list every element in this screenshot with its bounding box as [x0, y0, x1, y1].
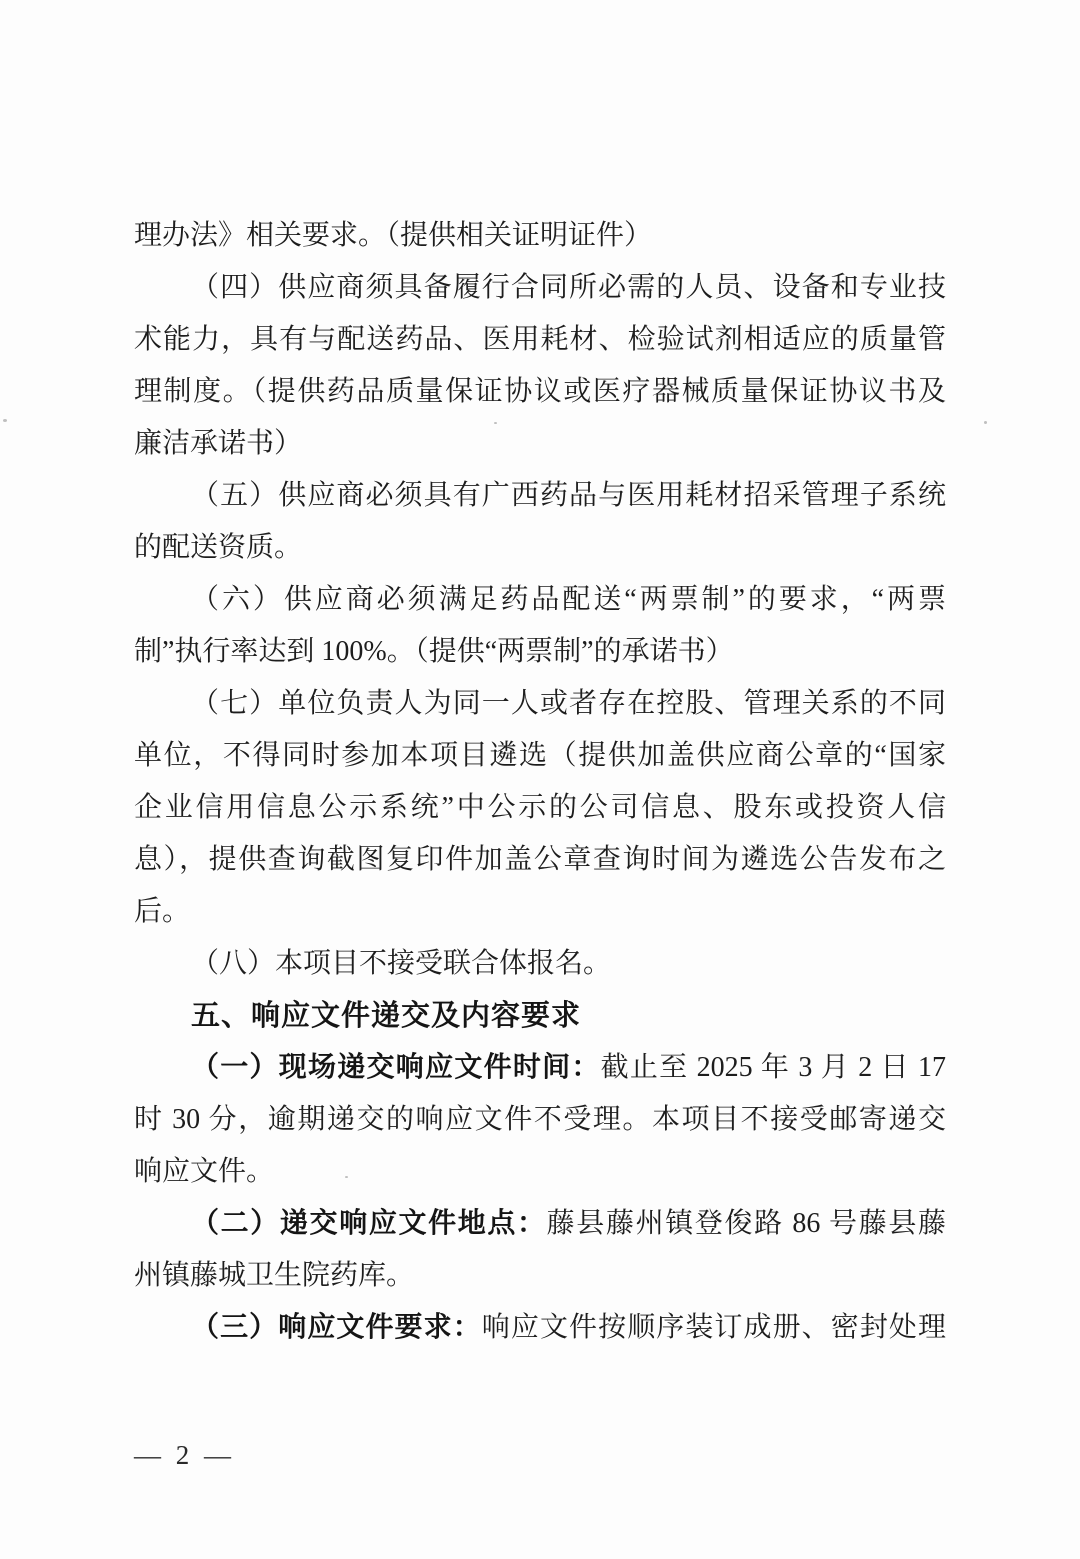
doc-line-text: （八）本项目不接受联合体报名。	[191, 948, 611, 979]
doc-line: 制”执行率达到 100%。（提供“两票制”的承诺书）	[134, 626, 946, 678]
doc-line: （四）供应商须具备履行合同所必需的人员、设备和专业技	[134, 262, 946, 314]
section-heading-line: 五、响应文件递交及内容要求	[134, 990, 946, 1042]
doc-line: （七）单位负责人为同一人或者存在控股、管理关系的不同	[134, 678, 946, 730]
doc-line: （五）供应商必须具有广西药品与医用耗材招采管理子系统	[134, 470, 946, 522]
scan-speck	[3, 419, 7, 422]
doc-line-text: 息），提供查询截图复印件加盖公章查询时间为遴选公告发布之	[134, 844, 946, 875]
doc-line: （二）递交响应文件地点：藤县藤州镇登俊路 86 号藤县藤	[134, 1198, 946, 1250]
scan-speck	[494, 422, 497, 424]
doc-line-text: 后。	[134, 896, 190, 927]
doc-line: （六）供应商必须满足药品配送“两票制”的要求，“两票	[134, 574, 946, 626]
scan-speck	[345, 1176, 348, 1178]
doc-line: 州镇藤城卫生院药库。	[134, 1250, 946, 1302]
doc-line: 理办法》相关要求。（提供相关证明证件）	[134, 210, 946, 262]
doc-line-text: （七）单位负责人为同一人或者存在控股、管理关系的不同	[191, 688, 946, 719]
doc-line-text: 企业信用信息公示系统”中公示的公司信息、股东或投资人信	[134, 792, 946, 823]
doc-line-text: 时 30 分，逾期递交的响应文件不受理。本项目不接受邮寄递交	[134, 1104, 946, 1135]
doc-line: （三）响应文件要求：响应文件按顺序装订成册、密封处理	[134, 1302, 946, 1354]
doc-line-bold-label: （二）递交响应文件地点：	[191, 1208, 547, 1239]
doc-line-text: （五）供应商必须具有广西药品与医用耗材招采管理子系统	[191, 480, 946, 511]
doc-line-text: 州镇藤城卫生院药库。	[134, 1260, 414, 1291]
doc-line-text: （四）供应商须具备履行合同所必需的人员、设备和专业技	[191, 272, 946, 303]
doc-line-bold-label: （一）现场递交响应文件时间：	[191, 1052, 601, 1083]
doc-line-text: 理制度。（提供药品质量保证协议或医疗器械质量保证协议书及	[134, 376, 946, 407]
doc-line: 理制度。（提供药品质量保证协议或医疗器械质量保证协议书及	[134, 366, 946, 418]
doc-line-text: 单位，不得同时参加本项目遴选（提供加盖供应商公章的“国家	[134, 740, 946, 771]
doc-line: 后。	[134, 886, 946, 938]
doc-line: 响应文件。	[134, 1146, 946, 1198]
doc-line-text: 截止至 2025 年 3 月 2 日 17	[601, 1052, 946, 1083]
doc-line: 时 30 分，逾期递交的响应文件不受理。本项目不接受邮寄递交	[134, 1094, 946, 1146]
doc-line-text: （六）供应商必须满足药品配送“两票制”的要求，“两票	[191, 584, 946, 615]
doc-line: （一）现场递交响应文件时间：截止至 2025 年 3 月 2 日 17	[134, 1042, 946, 1094]
doc-line: 息），提供查询截图复印件加盖公章查询时间为遴选公告发布之	[134, 834, 946, 886]
doc-line: 术能力，具有与配送药品、医用耗材、检验试剂相适应的质量管	[134, 314, 946, 366]
doc-line-text: 理办法》相关要求。（提供相关证明证件）	[134, 220, 652, 251]
doc-line: 单位，不得同时参加本项目遴选（提供加盖供应商公章的“国家	[134, 730, 946, 782]
doc-line-text: 术能力，具有与配送药品、医用耗材、检验试剂相适应的质量管	[134, 324, 946, 355]
page-number: — 2 —	[134, 1440, 235, 1471]
doc-line: 廉洁承诺书）	[134, 418, 946, 470]
doc-line-text: 藤县藤州镇登俊路 86 号藤县藤	[547, 1208, 946, 1239]
document-body: 理办法》相关要求。（提供相关证明证件） （四）供应商须具备履行合同所必需的人员、…	[134, 210, 946, 1354]
doc-line-text: 响应文件按顺序装订成册、密封处理	[482, 1312, 946, 1343]
doc-line-text: 制”执行率达到 100%。（提供“两票制”的承诺书）	[134, 636, 734, 667]
doc-line-text: 廉洁承诺书）	[134, 428, 302, 459]
scanned-document-page: 理办法》相关要求。（提供相关证明证件） （四）供应商须具备履行合同所必需的人员、…	[0, 0, 1080, 1559]
doc-line-bold-label: （三）响应文件要求：	[191, 1312, 482, 1343]
doc-line: 企业信用信息公示系统”中公示的公司信息、股东或投资人信	[134, 782, 946, 834]
doc-line: （八）本项目不接受联合体报名。	[134, 938, 946, 990]
scan-speck	[984, 421, 987, 424]
doc-line-text: 的配送资质。	[134, 532, 302, 563]
doc-line-text: 响应文件。	[134, 1156, 274, 1187]
doc-line: 的配送资质。	[134, 522, 946, 574]
section-heading-text: 五、响应文件递交及内容要求	[191, 1000, 581, 1032]
